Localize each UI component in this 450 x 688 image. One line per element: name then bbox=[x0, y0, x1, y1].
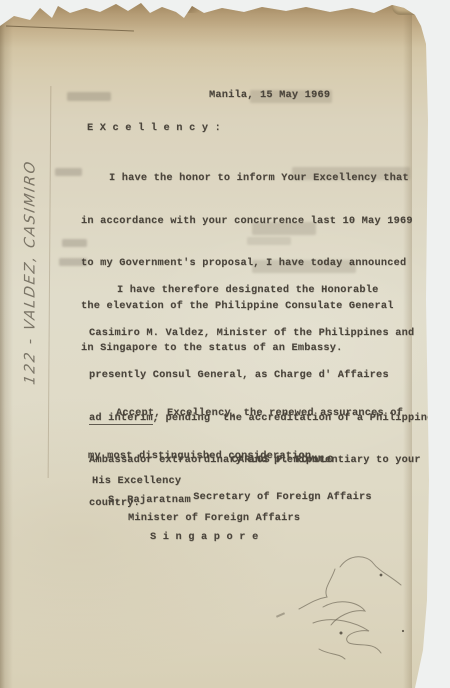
addressee-honorific: His Excellency bbox=[92, 475, 181, 487]
letter-line: I have the honor to inform Your Excellen… bbox=[81, 169, 413, 188]
letter-line: Accept, Excellency, the renewed assuranc… bbox=[88, 404, 403, 423]
signatory-title: Secretary of Foreign Affairs bbox=[180, 491, 385, 504]
signatory-name: CARLOS P. ROMULO bbox=[180, 454, 385, 467]
letter-line: in accordance with your concurrence last… bbox=[81, 212, 413, 231]
pencil-scribbles bbox=[285, 545, 435, 675]
letter-salutation: E X c e l l e n c y : bbox=[87, 122, 221, 134]
scanned-letter-screenshot: 122 - VALDEZ, CASIMIRO Manila, 15 May 19… bbox=[0, 0, 450, 688]
letter-line: Casimiro M. Valdez, Minister of the Phil… bbox=[89, 324, 433, 343]
paper-sheet: 122 - VALDEZ, CASIMIRO Manila, 15 May 19… bbox=[0, 0, 431, 688]
addressee-name: S. Rajaratnam bbox=[108, 494, 191, 506]
addressee-title: Minister of Foreign Affairs bbox=[128, 512, 300, 524]
letter-line: I have therefore designated the Honorabl… bbox=[89, 281, 433, 300]
letter-dateline: Manila, 15 May 1969 bbox=[209, 89, 330, 101]
addressee-place: S i n g a p o r e bbox=[150, 531, 258, 543]
